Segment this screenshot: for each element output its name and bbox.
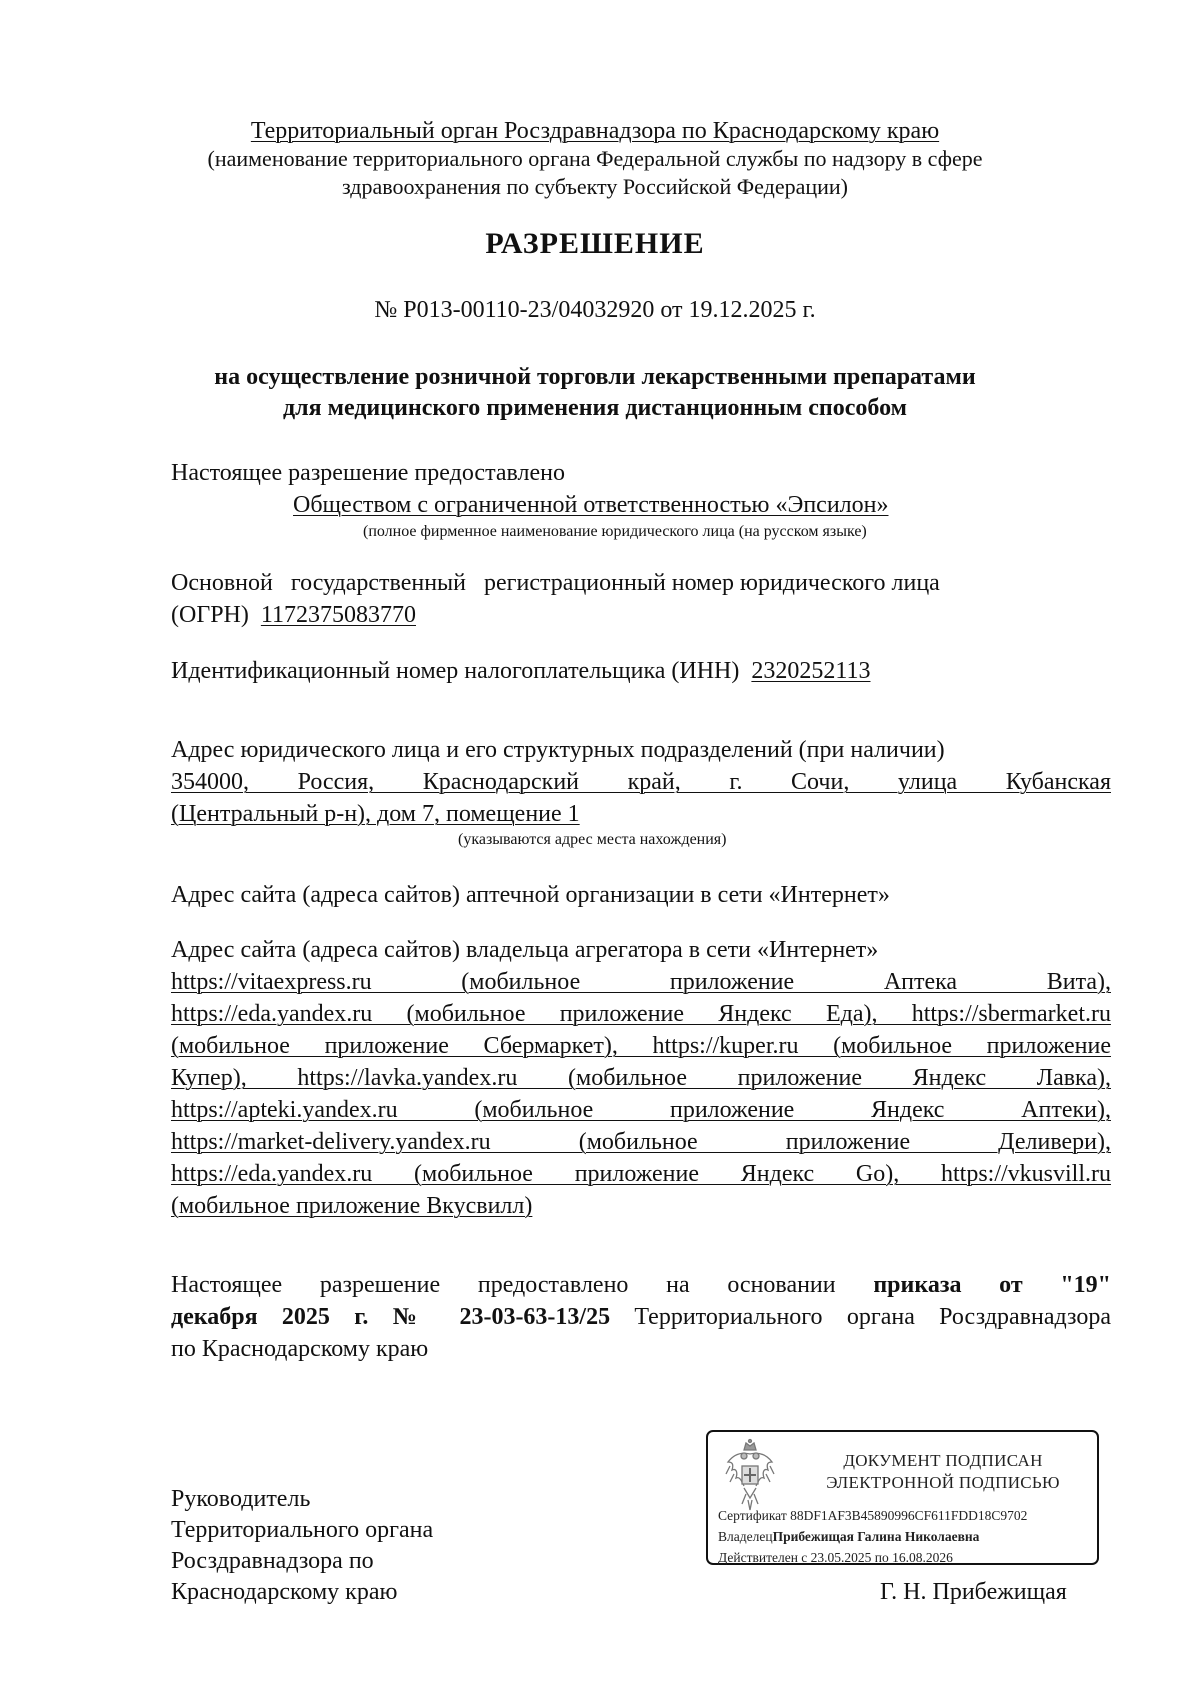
basis-text: Настоящее разрешение предоставлено на ос…: [171, 1272, 836, 1298]
aggregator-site-line: https://apteki.yandex.ru (мобильное прил…: [171, 1095, 1111, 1127]
basis-order-ref: приказа от "19": [873, 1272, 1111, 1298]
basis-line3: по Краснодарскому краю: [171, 1334, 428, 1364]
aggregator-sites-label: Адрес сайта (адреса сайтов) владельца аг…: [171, 935, 878, 965]
company-name-caption: (полное фирменное наименование юридическ…: [363, 522, 867, 542]
owner-row: ВладелецПрибежищая Галина Николаевна: [718, 1528, 979, 1546]
e-signature-title-line1: ДОКУМЕНТ ПОДПИСАН: [798, 1450, 1088, 1472]
certificate-label: Сертификат: [718, 1508, 787, 1523]
pharmacy-sites-label: Адрес сайта (адреса сайтов) аптечной орг…: [171, 880, 890, 910]
e-signature-stamp: ДОКУМЕНТ ПОДПИСАН ЭЛЕКТРОННОЙ ПОДПИСЬЮ С…: [706, 1430, 1099, 1565]
authority-caption-line1: (наименование территориального органа Фе…: [0, 146, 1190, 172]
e-signature-title-line2: ЭЛЕКТРОННОЙ ПОДПИСЬЮ: [798, 1472, 1088, 1494]
inn-row: Идентификационный номер налогоплательщик…: [171, 656, 871, 686]
signatory-position-line: Росздравнадзора по: [171, 1546, 433, 1577]
address-caption: (указываются адрес места нахождения): [458, 830, 727, 850]
address-line1: 354000, Россия, Краснодарский край, г. С…: [171, 767, 1111, 797]
inn-value: 2320252113: [751, 658, 870, 684]
aggregator-site-line: Купер), https://lavka.yandex.ru (мобильн…: [171, 1063, 1111, 1095]
aggregator-site-line: (мобильное приложение Вкусвилл): [171, 1191, 1111, 1223]
company-name: Обществом с ограниченной ответственность…: [293, 490, 889, 520]
coat-of-arms-icon: [722, 1438, 778, 1514]
basis-authority: Территориального органа Росздравнадзора: [634, 1304, 1111, 1330]
signatory-position-line: Руководитель: [171, 1484, 433, 1515]
certificate-value: 88DF1AF3B45890996CF611FDD18C9702: [790, 1508, 1027, 1523]
aggregator-site-line: (мобильное приложение Сбермаркет), https…: [171, 1031, 1111, 1063]
signatory-name: Г. Н. Прибежищая: [880, 1577, 1067, 1607]
e-signature-title: ДОКУМЕНТ ПОДПИСАН ЭЛЕКТРОННОЙ ПОДПИСЬЮ: [798, 1450, 1088, 1494]
permit-subject-line1: на осуществление розничной торговли лека…: [0, 362, 1190, 392]
aggregator-site-line: https://eda.yandex.ru (мобильное приложе…: [171, 1159, 1111, 1191]
aggregator-sites-list: https://vitaexpress.ru (мобильное прилож…: [171, 967, 1111, 1223]
inn-label: Идентификационный номер налогоплательщик…: [171, 658, 739, 684]
aggregator-site-line: https://market-delivery.yandex.ru (мобил…: [171, 1127, 1111, 1159]
basis-order-number: декабря 2025 г. № 23-03-63-13/25: [171, 1304, 610, 1330]
validity-row: Действителен с 23.05.2025 по 16.08.2026: [718, 1549, 953, 1567]
ogrn-row: (ОГРН) 1172375083770: [171, 600, 416, 630]
aggregator-site-line: https://eda.yandex.ru (мобильное приложе…: [171, 999, 1111, 1031]
authority-name-text: Территориальный орган Росздравнадзора по…: [251, 118, 939, 144]
aggregator-site-line: https://vitaexpress.ru (мобильное прилож…: [171, 967, 1111, 999]
permit-subject-line2: для медицинского применения дистанционны…: [0, 393, 1190, 423]
signatory-position: Руководитель Территориального органа Рос…: [171, 1484, 433, 1608]
authority-name: Территориальный орган Росздравнадзора по…: [0, 116, 1190, 146]
signatory-position-line: Краснодарскому краю: [171, 1577, 433, 1608]
authority-caption-line2: здравоохранения по субъекту Российской Ф…: [0, 174, 1190, 200]
certificate-row: Сертификат 88DF1AF3B45890996CF611FDD18C9…: [718, 1507, 1027, 1525]
basis-line1: Настоящее разрешение предоставлено на ос…: [171, 1270, 1111, 1300]
signatory-position-line: Территориального органа: [171, 1515, 433, 1546]
basis-line2: декабря 2025 г. № 23-03-63-13/25 Террито…: [171, 1302, 1111, 1332]
owner-value: Прибежищая Галина Николаевна: [773, 1529, 980, 1544]
document-title: РАЗРЕШЕНИЕ: [0, 226, 1190, 262]
ogrn-label: Основной государственный регистрационный…: [171, 568, 1111, 598]
owner-label: Владелец: [718, 1529, 773, 1544]
ogrn-prefix: (ОГРН): [171, 602, 249, 628]
permit-number: № Р013-00110-23/04032920 от 19.12.2025 г…: [0, 295, 1190, 325]
address-line2: (Центральный р-н), дом 7, помещение 1: [171, 799, 580, 829]
ogrn-value: 1172375083770: [261, 602, 416, 628]
granted-to-label: Настоящее разрешение предоставлено: [171, 458, 565, 488]
address-label: Адрес юридического лица и его структурны…: [171, 735, 945, 765]
